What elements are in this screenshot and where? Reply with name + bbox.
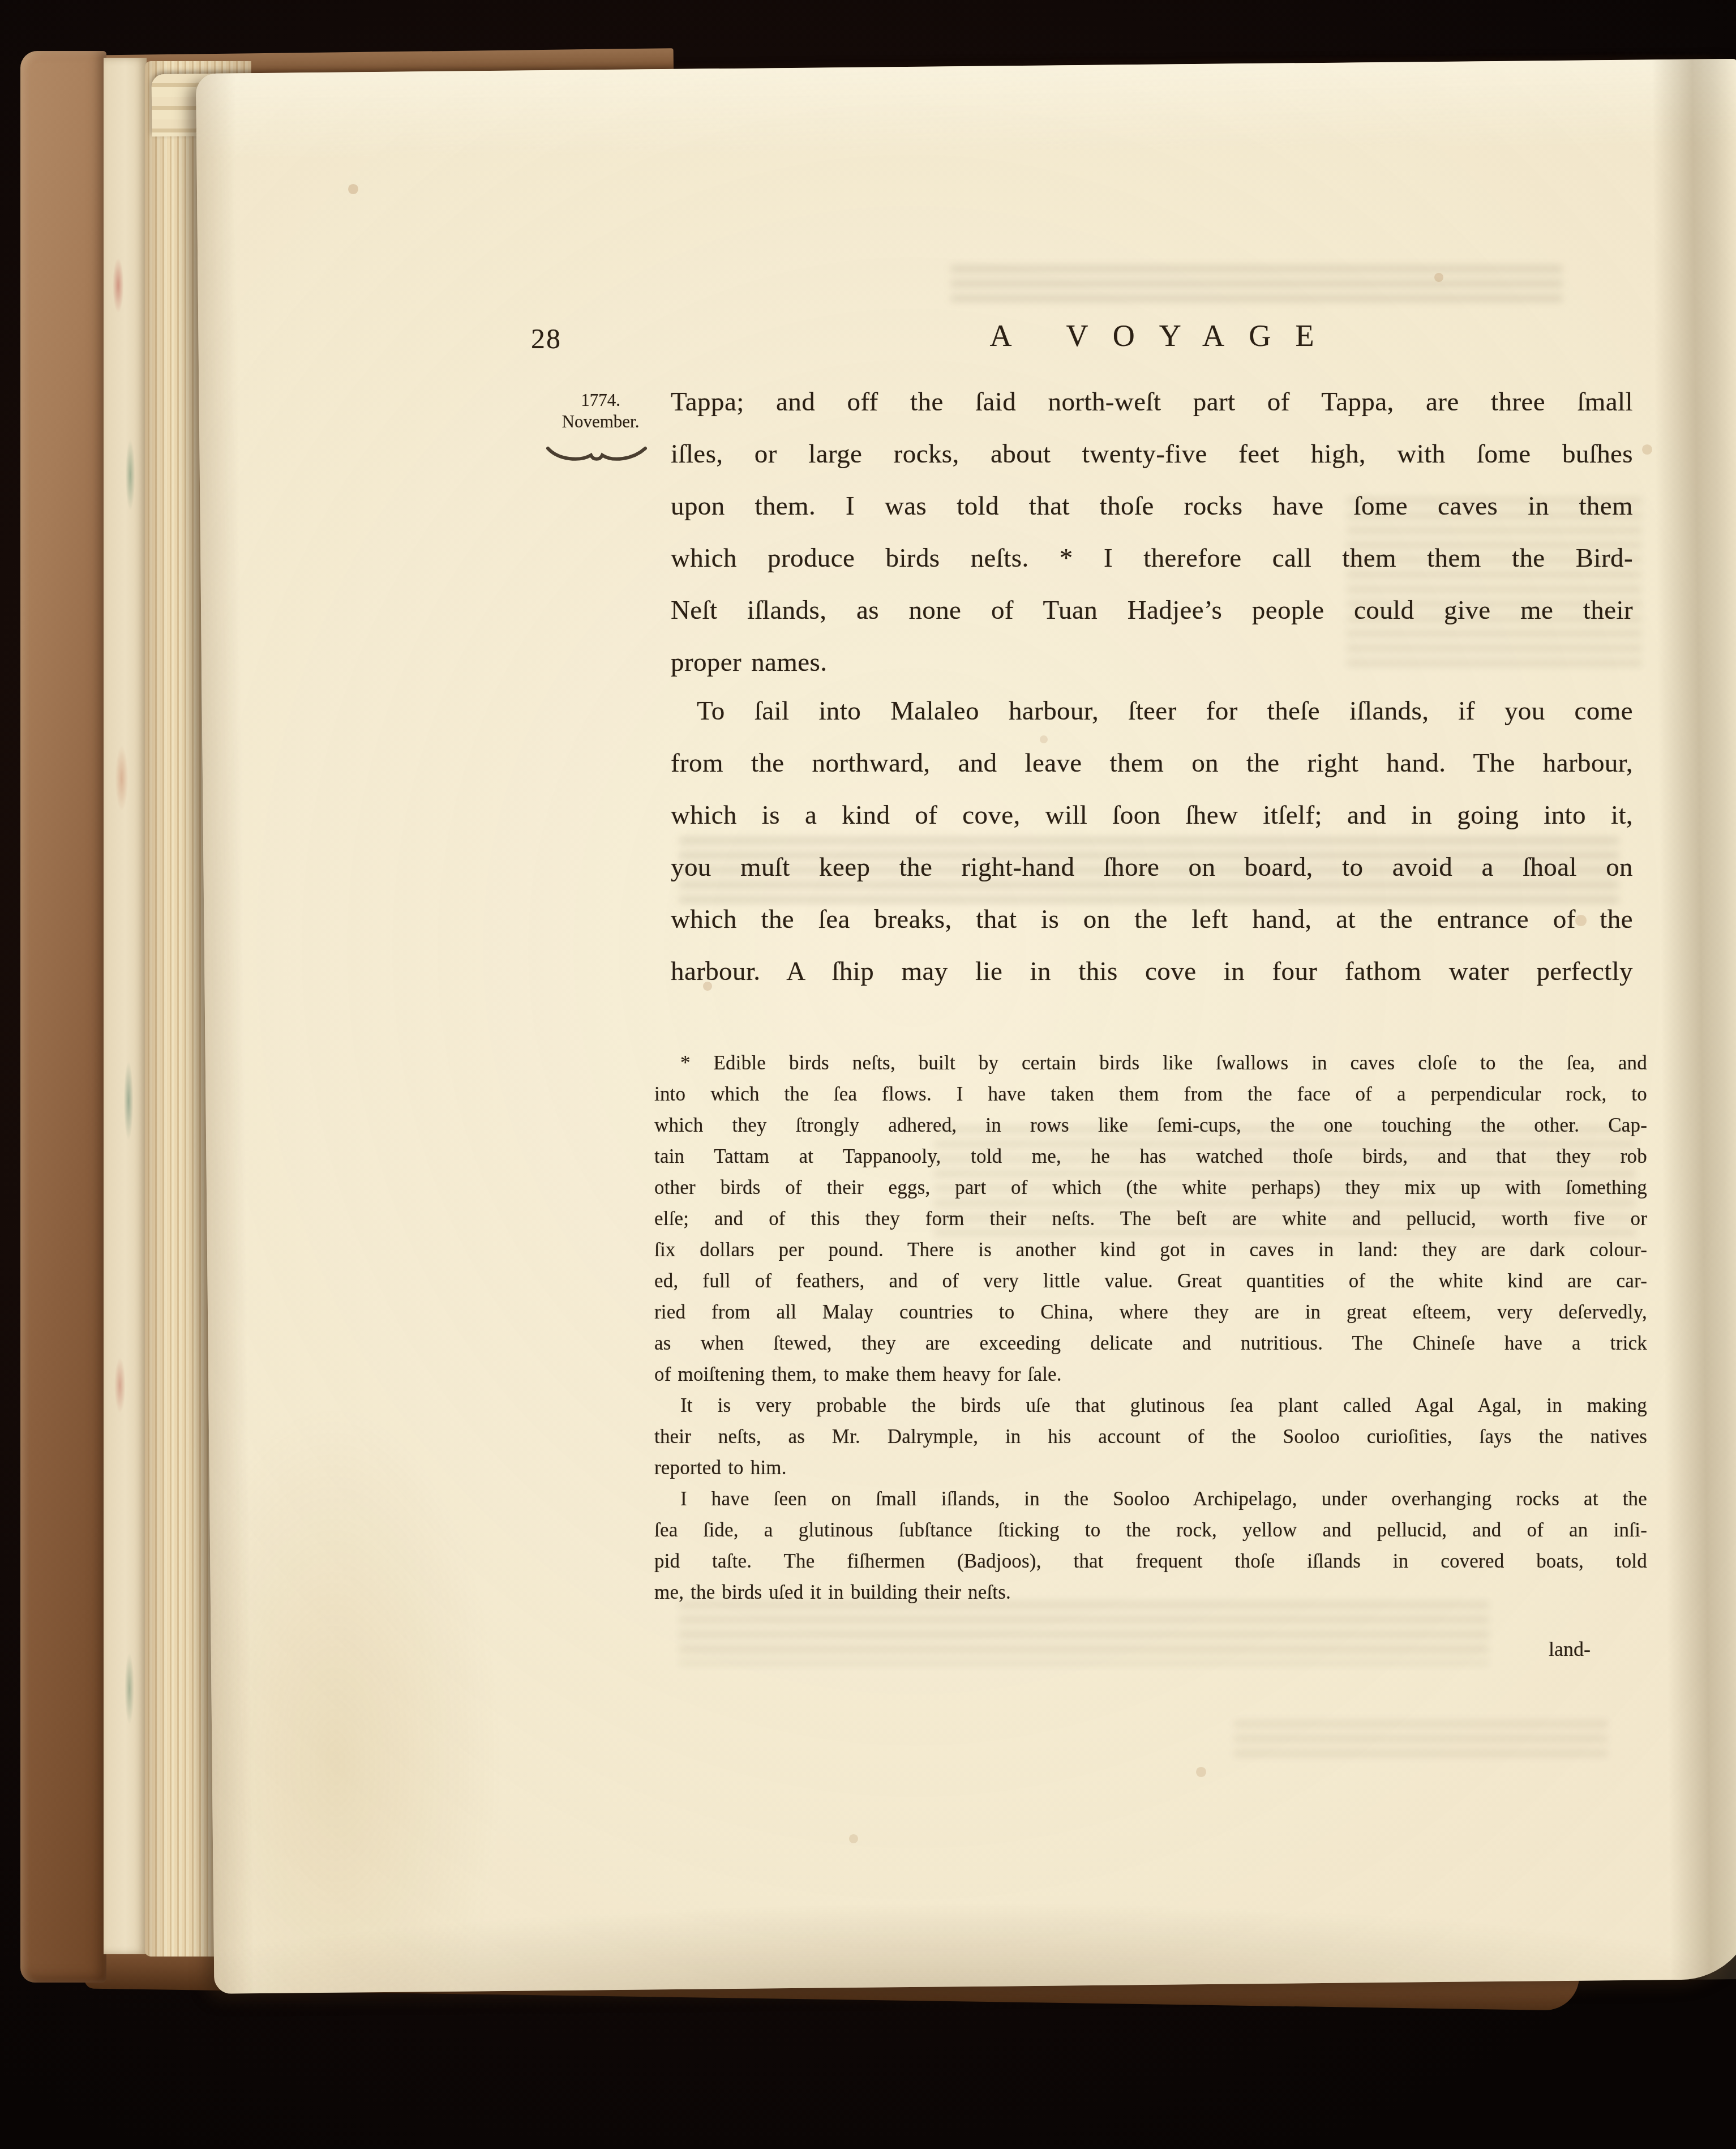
- footnote-line: elſe; and of this they form their neſts.…: [654, 1203, 1647, 1234]
- footnote-line: tain Tattam at Tappanooly, told me, he h…: [654, 1141, 1647, 1172]
- body-line: To ſail into Malaleo harbour, ſteer for …: [671, 685, 1633, 737]
- footnote-paragraph-1: * Edible birds neſts, built by certain b…: [654, 1047, 1647, 1390]
- body-line: which produce birds neſts. * I therefore…: [671, 532, 1633, 584]
- footnote-line: ried from all Malay countries to China, …: [654, 1296, 1647, 1328]
- footnote-line: It is very probable the birds uſe that g…: [654, 1390, 1647, 1421]
- body-line: you muſt keep the right-hand ſhore on bo…: [671, 841, 1633, 893]
- footnote-line: other birds of their eggs, part of which…: [654, 1172, 1647, 1203]
- footnote-line: as when ſtewed, they are exceeding delic…: [654, 1328, 1647, 1359]
- body-line: from the northward, and leave them on th…: [671, 737, 1633, 789]
- footnote-line: * Edible birds neſts, built by certain b…: [654, 1047, 1647, 1078]
- body-line: upon them. I was told that thoſe rocks h…: [671, 480, 1633, 532]
- footnote-line: into which the ſea flows. I have taken t…: [654, 1078, 1647, 1110]
- page-number: 28: [531, 320, 599, 357]
- footnote-line: their neſts, as Mr. Dalrymple, in his ac…: [654, 1421, 1647, 1452]
- body-line: which the ſea breaks, that is on the lef…: [671, 893, 1633, 945]
- footnote-line: me, the birds uſed it in building their …: [654, 1577, 1647, 1608]
- footnote-line: which they ſtrongly adhered, in rows lik…: [654, 1110, 1647, 1141]
- footnote-line: reported to him.: [654, 1452, 1647, 1483]
- body-paragraph-1: Tappa; and off the ſaid north-weſt part …: [671, 376, 1633, 688]
- footnote-paragraph-2: It is very probable the birds uſe that g…: [654, 1390, 1647, 1483]
- footnote-line: ed, full of feathers, and of very little…: [654, 1265, 1647, 1296]
- body-line: Neſt iſlands, as none of Tuan Hadjee’s p…: [671, 584, 1633, 636]
- body-paragraph-2: To ſail into Malaleo harbour, ſteer for …: [671, 685, 1633, 998]
- margin-note: 1774. November.: [538, 389, 663, 433]
- running-header: A VOYAGE: [671, 316, 1633, 356]
- book-photograph: 28 A VOYAGE 1774. November. Tappa; and o…: [0, 0, 1736, 2149]
- footnote-line: ſea ſide, a glutinous ſubſtance ſticking…: [654, 1514, 1647, 1546]
- footnote-line: ſix dollars per pound. There is another …: [654, 1234, 1647, 1265]
- body-line: harbour. A ſhip may lie in this cove in …: [671, 945, 1633, 998]
- footnote-line: of moiſtening them, to make them heavy f…: [654, 1359, 1647, 1390]
- printed-text-layer: 28 A VOYAGE 1774. November. Tappa; and o…: [0, 0, 1736, 2149]
- footnote-paragraph-3: I have ſeen on ſmall iſlands, in the Soo…: [654, 1483, 1647, 1608]
- body-line: Tappa; and off the ſaid north-weſt part …: [671, 376, 1633, 428]
- body-line: which is a kind of cove, will ſoon ſhew …: [671, 789, 1633, 841]
- catchword: land-: [1347, 1634, 1591, 1665]
- margin-note-month: November.: [538, 411, 663, 433]
- body-line: proper names.: [671, 636, 1633, 688]
- footnote-line: I have ſeen on ſmall iſlands, in the Soo…: [654, 1483, 1647, 1514]
- date-brace-mark: [543, 442, 651, 468]
- margin-note-year: 1774.: [538, 389, 663, 411]
- footnote: * Edible birds neſts, built by certain b…: [654, 1047, 1647, 1608]
- footnote-line: pid taſte. The fiſhermen (Badjoos), that…: [654, 1546, 1647, 1577]
- body-line: iſles, or large rocks, about twenty-five…: [671, 428, 1633, 480]
